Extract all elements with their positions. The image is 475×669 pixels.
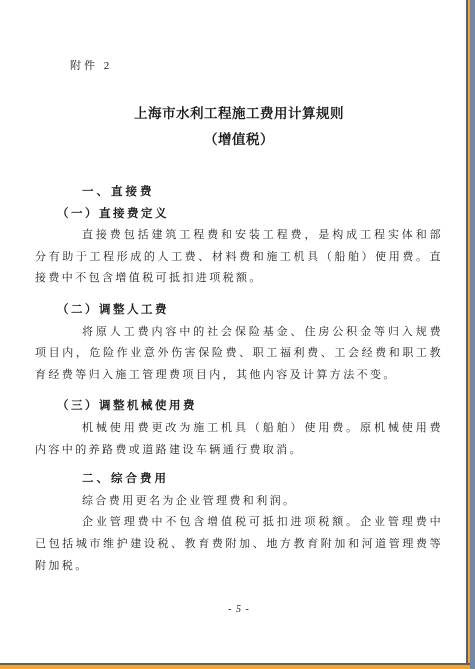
document-page: 附件 2 上海市水利工程施工费用计算规则 （增值税） 一、直接费（一）直接费定义… <box>0 0 475 669</box>
sub-heading: （一）直接费定义 <box>35 204 443 226</box>
section-heading: 一、直接费 <box>35 182 443 204</box>
paragraph: 机械使用费更改为施工机具（船舶）使用费。原机械使用费内容中的养路费或道路建设车辆… <box>35 418 443 461</box>
document-body: 一、直接费（一）直接费定义直接费包括建筑工程费和安装工程费，是构成工程实体和部分… <box>35 182 443 577</box>
page-content: 附件 2 上海市水利工程施工费用计算规则 （增值税） 一、直接费（一）直接费定义… <box>35 0 443 615</box>
paragraph: 综合费用更名为企业管理费和利润。 <box>35 491 443 513</box>
paragraph: 直接费包括建筑工程费和安装工程费，是构成工程实体和部分有助于工程形成的人工费、材… <box>35 225 443 290</box>
page-number: - 5 - <box>35 604 443 615</box>
section-heading: 二、综合费用 <box>35 469 443 491</box>
sub-heading: （三）调整机械使用费 <box>35 396 443 418</box>
document-subtitle: （增值税） <box>35 127 443 153</box>
paragraph: 企业管理费中不包含增值税可抵扣进项税额。企业管理费中已包括城市维护建设税、教育费… <box>35 512 443 577</box>
paragraph: 将原人工费内容中的社会保险基金、住房公积金等归入规费项目内，危险作业意外伤害保险… <box>35 322 443 387</box>
attachment-label: 附件 2 <box>70 59 443 73</box>
sub-heading: （二）调整人工费 <box>35 300 443 322</box>
document-title: 上海市水利工程施工费用计算规则 <box>35 101 443 127</box>
document-title-block: 上海市水利工程施工费用计算规则 （增值税） <box>35 101 443 153</box>
page-border-bottom-accent <box>0 665 470 669</box>
page-border-right-outer <box>470 0 475 669</box>
